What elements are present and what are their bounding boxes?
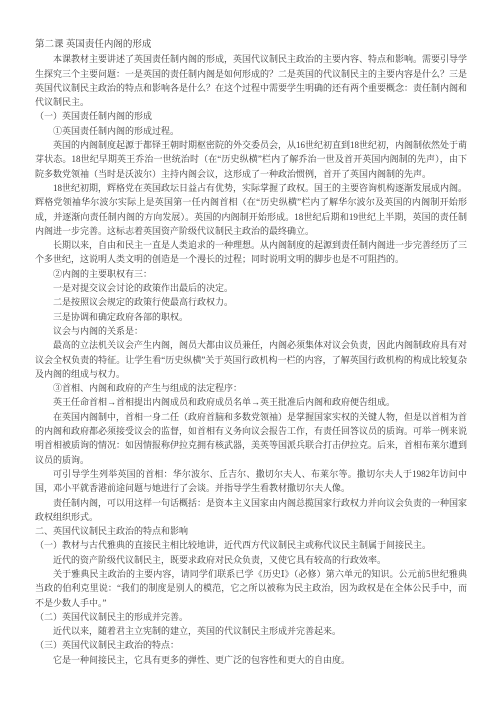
paragraph: 英王任命首相→首相提出内阁成员和政府成员名单→英王批准后内阁和政府便告组成。 [35, 395, 467, 409]
paragraph: 在英国内阁制中，首相一身二任（政府首脑和多数党领袖）是掌握国家实权的关键人物，但… [35, 410, 467, 467]
paragraph: 关于雅典民主政治的主要内容，请同学们联系已学《历史Ⅰ》（必修）第六单元的知识。公… [35, 567, 467, 610]
paragraph: （三）英国代议制民主政治的特点： [35, 638, 467, 652]
paragraph: 议会与内阁的关系是： [35, 324, 467, 338]
paragraph: 一是对提交议会讨论的政策作出最后的决定。 [35, 281, 467, 295]
paragraph: 可引导学生列举英国的首相：华尔波尔、丘吉尔、撒切尔夫人、布莱尔等。撒切尔夫人于1… [35, 467, 467, 496]
paragraph: 二是按照议会规定的政策行使最高行政权力。 [35, 295, 467, 309]
document-page: 第二课 英国责任内阁的形成 本课教材主要讲述了英国责任制内阁的形成，英国代议制民… [0, 0, 496, 702]
paragraph: 三是协调和确定政府各部的职权。 [35, 310, 467, 324]
paragraph: 近代的资产阶级代议制民主，既要求政府对民众负责，又使它具有较高的行政效率。 [35, 553, 467, 567]
paragraph: 本课教材主要讲述了英国责任制内阁的形成，英国代议制民主政治的主要内容、特点和影响… [35, 52, 467, 109]
paragraph: 近代以来，随着君主立宪制的建立，英国的代议制民主形成并完善起来。 [35, 624, 467, 638]
paragraph: 二、英国代议制民主政治的特点和影响 [35, 524, 467, 538]
paragraph: 它是一种间接民主，它具有更多的弹性、更广泛的包容性和更大的自由度。 [35, 653, 467, 667]
paragraph: ③首相、内阁和政府的产生与组成的法定程序： [35, 381, 467, 395]
document-title: 第二课 英国责任内阁的形成 [35, 38, 467, 52]
paragraph: 长期以来，自由和民主一直是人类追求的一种理想。从内阁制度的起源到责任制内阁进一步… [35, 238, 467, 267]
paragraph: 18世纪初期，辉格党在英国政坛日益占有优势，实际掌握了政权。国王的主要咨询机构逐… [35, 181, 467, 238]
paragraph: ②内阁的主要职权有三： [35, 267, 467, 281]
document-body: 本课教材主要讲述了英国责任制内阁的形成，英国代议制民主政治的主要内容、特点和影响… [35, 52, 467, 667]
paragraph: 英国的内阁制度起源于都铎王朝时期枢密院的外交委员会，从16世纪初直到18世纪初，… [35, 138, 467, 181]
paragraph: ①英国责任制内阁的形成过程。 [35, 124, 467, 138]
paragraph: （一）英国责任制内阁的形成 [35, 109, 467, 123]
paragraph: 最高的立法机关议会产生内阁，阁员大都由议员兼任，内阁必须集体对议会负责，因此内阁… [35, 338, 467, 381]
paragraph: （一）教材与古代雅典的直接民主相比较地讲，近代西方代议制民主或称代议民主制属于间… [35, 538, 467, 552]
paragraph: （二）英国代议制民主的形成并完善。 [35, 610, 467, 624]
paragraph: 责任制内阁，可以用这样一句话概括：是资本主义国家由内阁总揽国家行政权力并向议会负… [35, 496, 467, 525]
